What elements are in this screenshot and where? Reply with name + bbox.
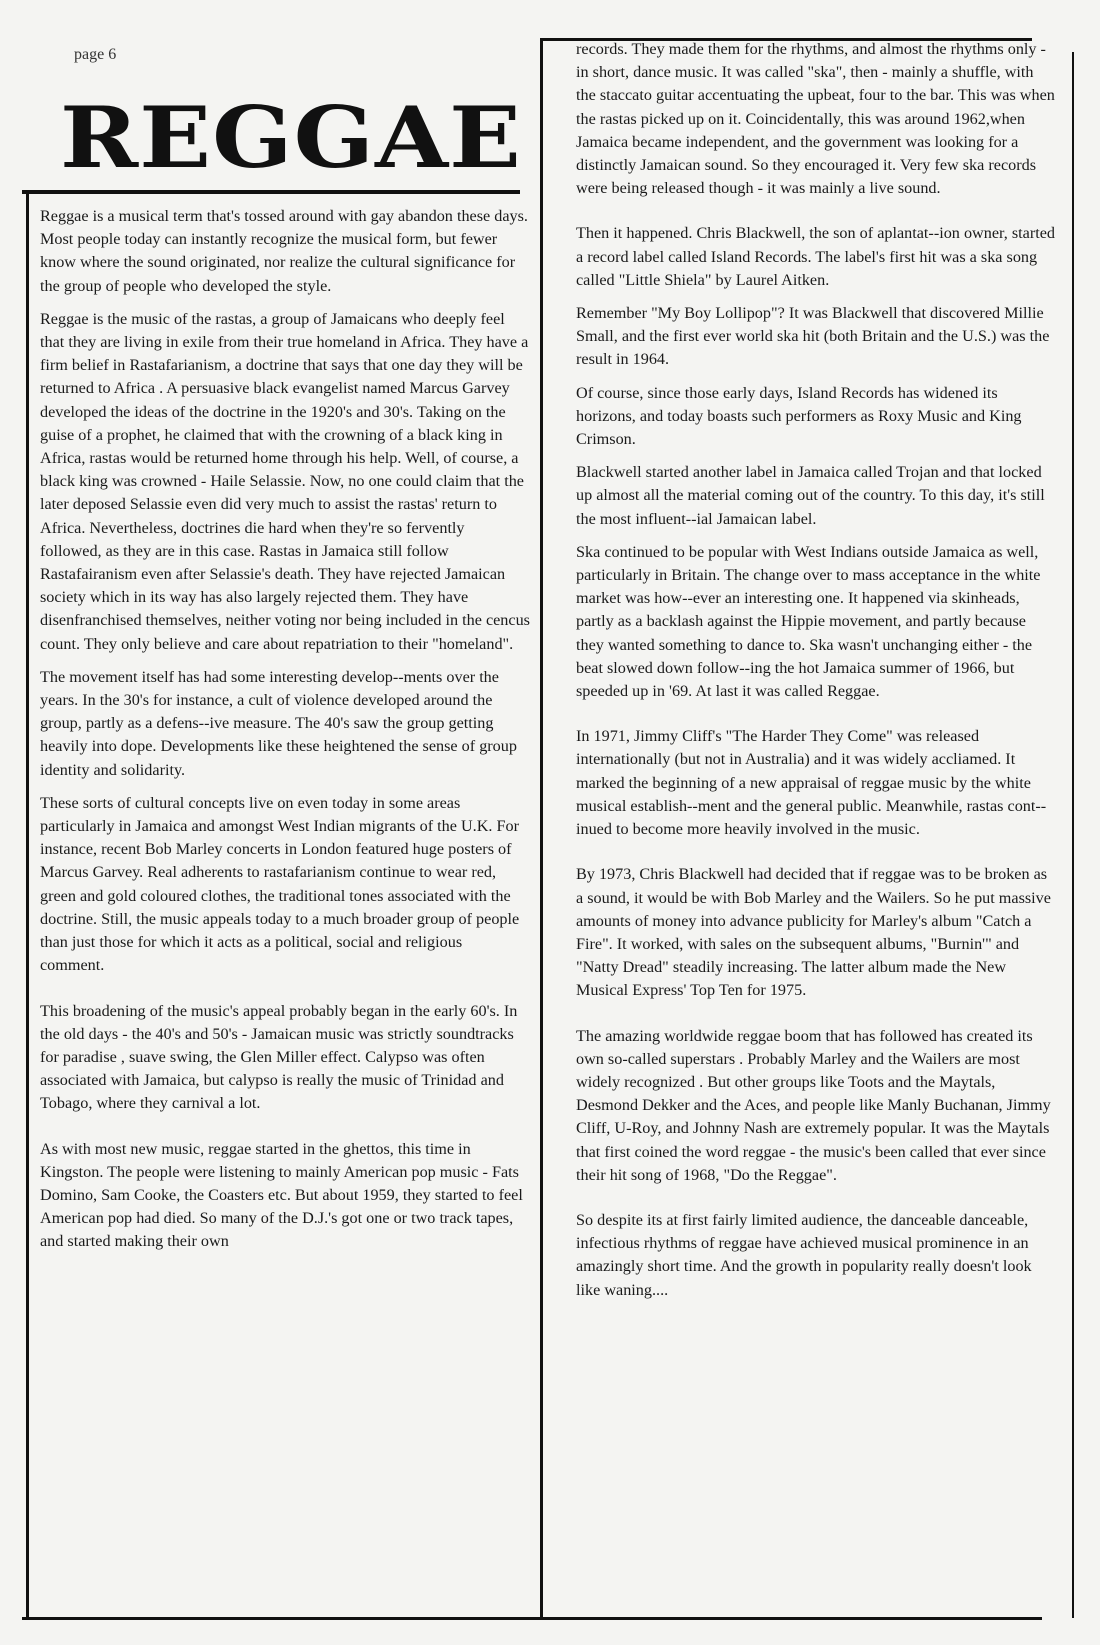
article-title: REGGAE <box>60 96 522 180</box>
paragraph: Reggae is a musical term that's tossed a… <box>40 205 530 298</box>
paragraph: Of course, since those early days, Islan… <box>576 382 1056 452</box>
paragraph: Blackwell started another label in Jamai… <box>576 461 1056 531</box>
paragraph: The movement itself has had some interes… <box>40 666 530 782</box>
paragraph: records. They made them for the rhythms,… <box>576 38 1056 200</box>
paragraph: Reggae is the music of the rastas, a gro… <box>40 308 530 656</box>
paragraph: So despite its at first fairly limited a… <box>576 1209 1056 1302</box>
title-underline-rule <box>22 190 520 194</box>
paragraph: Then it happened. Chris Blackwell, the s… <box>576 222 1056 292</box>
left-column-bottom-border <box>22 1617 1042 1620</box>
left-column-left-border <box>26 194 29 1618</box>
page-number: page 6 <box>74 46 116 64</box>
paragraph: By 1973, Chris Blackwell had decided tha… <box>576 863 1056 1002</box>
paragraph: Remember "My Boy Lollipop"? It was Black… <box>576 302 1056 372</box>
paragraph: As with most new music, reggae started i… <box>40 1138 530 1254</box>
right-column: records. They made them for the rhythms,… <box>576 38 1056 1312</box>
column-divider <box>540 38 543 1620</box>
paragraph: This broadening of the music's appeal pr… <box>40 1000 530 1116</box>
paragraph: The amazing worldwide reggae boom that h… <box>576 1025 1056 1187</box>
paragraph: Ska continued to be popular with West In… <box>576 541 1056 703</box>
right-column-right-border <box>1072 52 1074 1618</box>
paragraph: These sorts of cultural concepts live on… <box>40 792 530 978</box>
left-column: Reggae is a musical term that's tossed a… <box>40 205 530 1264</box>
paragraph: In 1971, Jimmy Cliff's "The Harder They … <box>576 725 1056 841</box>
